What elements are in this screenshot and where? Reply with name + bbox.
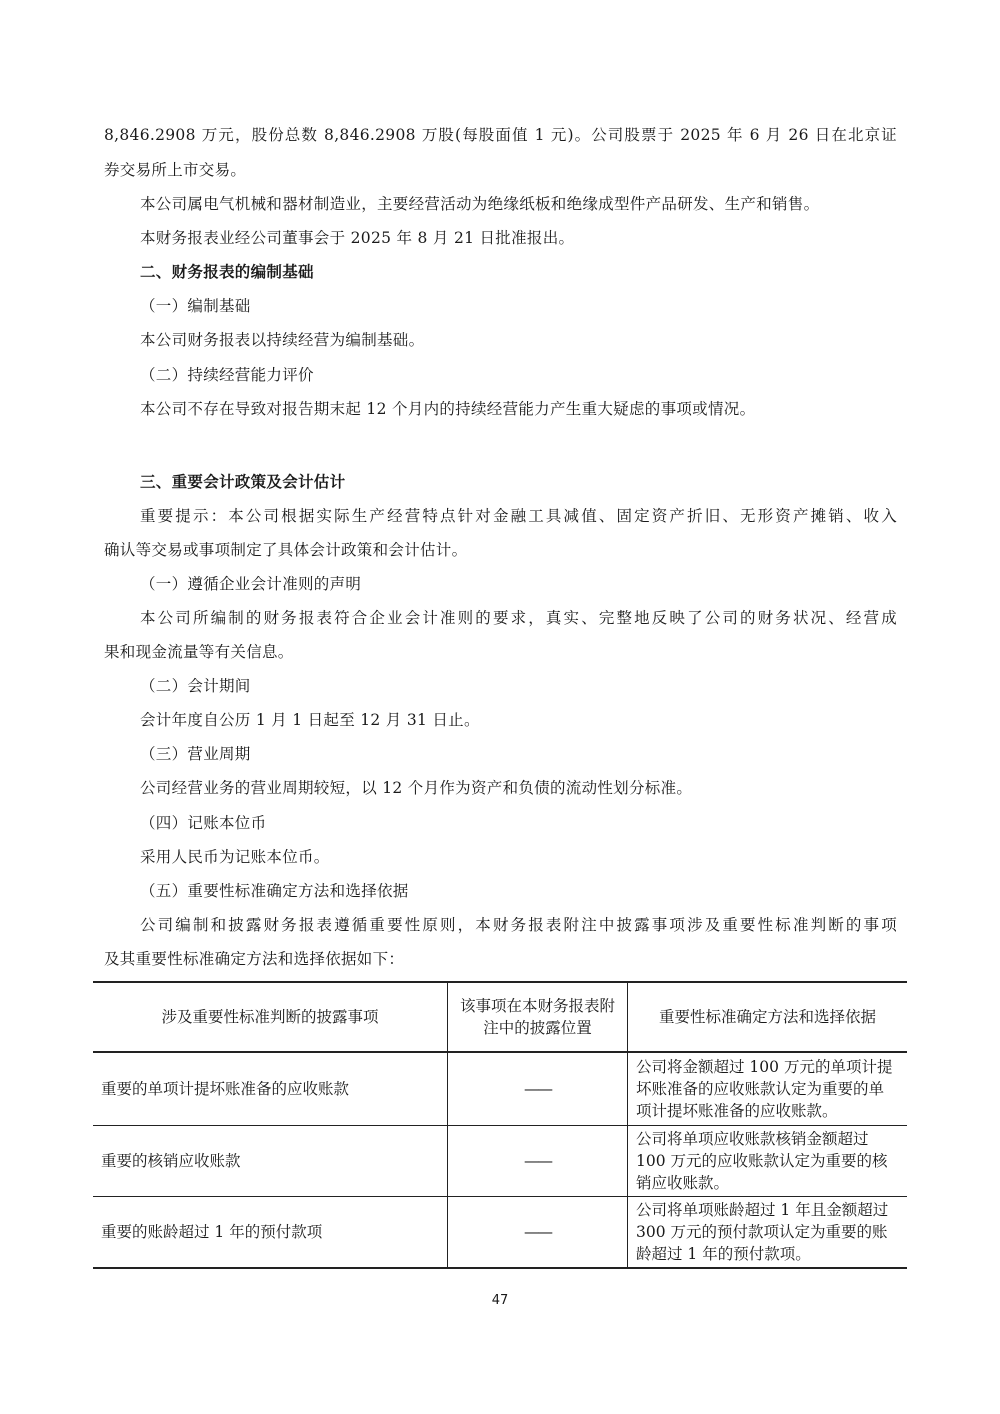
subsection-title: （五）重要性标准确定方法和选择依据 (140, 881, 409, 901)
paragraph: 本财务报表业经公司董事会于 2025 年 8 月 21 日批准报出。 (140, 228, 574, 248)
paragraph: 本公司财务报表以持续经营为编制基础。 (140, 330, 424, 350)
paragraph-line: 公司编制和披露财务报表遵循重要性原则，本财务报表附注中披露事项涉及重要性标准判断… (140, 915, 897, 935)
paragraph-line: 券交易所上市交易。 (104, 160, 246, 180)
subsection-title: （四）记账本位币 (140, 813, 266, 833)
paragraph-line: 重要提示：本公司根据实际生产经营特点针对金融工具减值、固定资产折旧、无形资产摊销… (140, 506, 897, 526)
page-number: 47 (0, 1293, 1000, 1308)
subsection-title: （三）营业周期 (140, 744, 251, 764)
header-disclosure-item: 涉及重要性标准判断的披露事项 (93, 982, 448, 1052)
paragraph: 采用人民币为记账本位币。 (140, 847, 330, 867)
header-basis: 重要性标准确定方法和选择依据 (628, 982, 908, 1052)
paragraph-line: 确认等交易或事项制定了具体会计政策和会计估计。 (104, 540, 467, 560)
cell-basis: 公司将单项账龄超过 1 年且金额超过 300 万元的预付款项认定为重要的账龄超过… (628, 1196, 908, 1268)
paragraph-line: 及其重要性标准确定方法和选择依据如下： (104, 949, 404, 969)
table-row: 重要的账龄超过 1 年的预付款项 —— 公司将单项账龄超过 1 年且金额超过 3… (93, 1196, 907, 1268)
section-heading: 二、财务报表的编制基础 (140, 262, 314, 282)
subsection-title: （二）持续经营能力评价 (140, 365, 314, 385)
header-disclosure-location: 该事项在本财务报表附注中的披露位置 (448, 982, 628, 1052)
subsection-title: （一）编制基础 (140, 296, 251, 316)
paragraph: 公司经营业务的营业周期较短，以 12 个月作为资产和负债的流动性划分标准。 (140, 778, 692, 798)
materiality-table: 涉及重要性标准判断的披露事项 该事项在本财务报表附注中的披露位置 重要性标准确定… (93, 981, 907, 1269)
cell-basis: 公司将金额超过 100 万元的单项计提坏账准备的应收账款认定为重要的单项计提坏账… (628, 1052, 908, 1125)
cell-location: —— (448, 1052, 628, 1125)
cell-item: 重要的核销应收账款 (93, 1125, 448, 1196)
paragraph-line: 本公司所编制的财务报表符合企业会计准则的要求，真实、完整地反映了公司的财务状况、… (140, 608, 897, 628)
subsection-title: （二）会计期间 (140, 676, 251, 696)
section-heading: 三、重要会计政策及会计估计 (140, 472, 345, 492)
table-row: 重要的单项计提坏账准备的应收账款 —— 公司将金额超过 100 万元的单项计提坏… (93, 1052, 907, 1125)
cell-basis: 公司将单项应收账款核销金额超过 100 万元的应收账款认定为重要的核销应收账款。 (628, 1125, 908, 1196)
cell-item: 重要的账龄超过 1 年的预付款项 (93, 1196, 448, 1268)
table-header-row: 涉及重要性标准判断的披露事项 该事项在本财务报表附注中的披露位置 重要性标准确定… (93, 982, 907, 1052)
document-page: 8,846.2908 万元，股份总数 8,846.2908 万股(每股面值 1 … (0, 0, 1000, 1414)
cell-item: 重要的单项计提坏账准备的应收账款 (93, 1052, 448, 1125)
paragraph: 本公司属电气机械和器材制造业，主要经营活动为绝缘纸板和绝缘成型件产品研发、生产和… (140, 194, 819, 214)
paragraph-line: 果和现金流量等有关信息。 (104, 642, 294, 662)
table-row: 重要的核销应收账款 —— 公司将单项应收账款核销金额超过 100 万元的应收账款… (93, 1125, 907, 1196)
paragraph: 本公司不存在导致对报告期末起 12 个月内的持续经营能力产生重大疑虑的事项或情况… (140, 399, 755, 419)
subsection-title: （一）遵循企业会计准则的声明 (140, 574, 361, 594)
paragraph-line: 8,846.2908 万元，股份总数 8,846.2908 万股(每股面值 1 … (104, 125, 897, 145)
cell-location: —— (448, 1196, 628, 1268)
paragraph: 会计年度自公历 1 月 1 日起至 12 月 31 日止。 (140, 710, 480, 730)
cell-location: —— (448, 1125, 628, 1196)
